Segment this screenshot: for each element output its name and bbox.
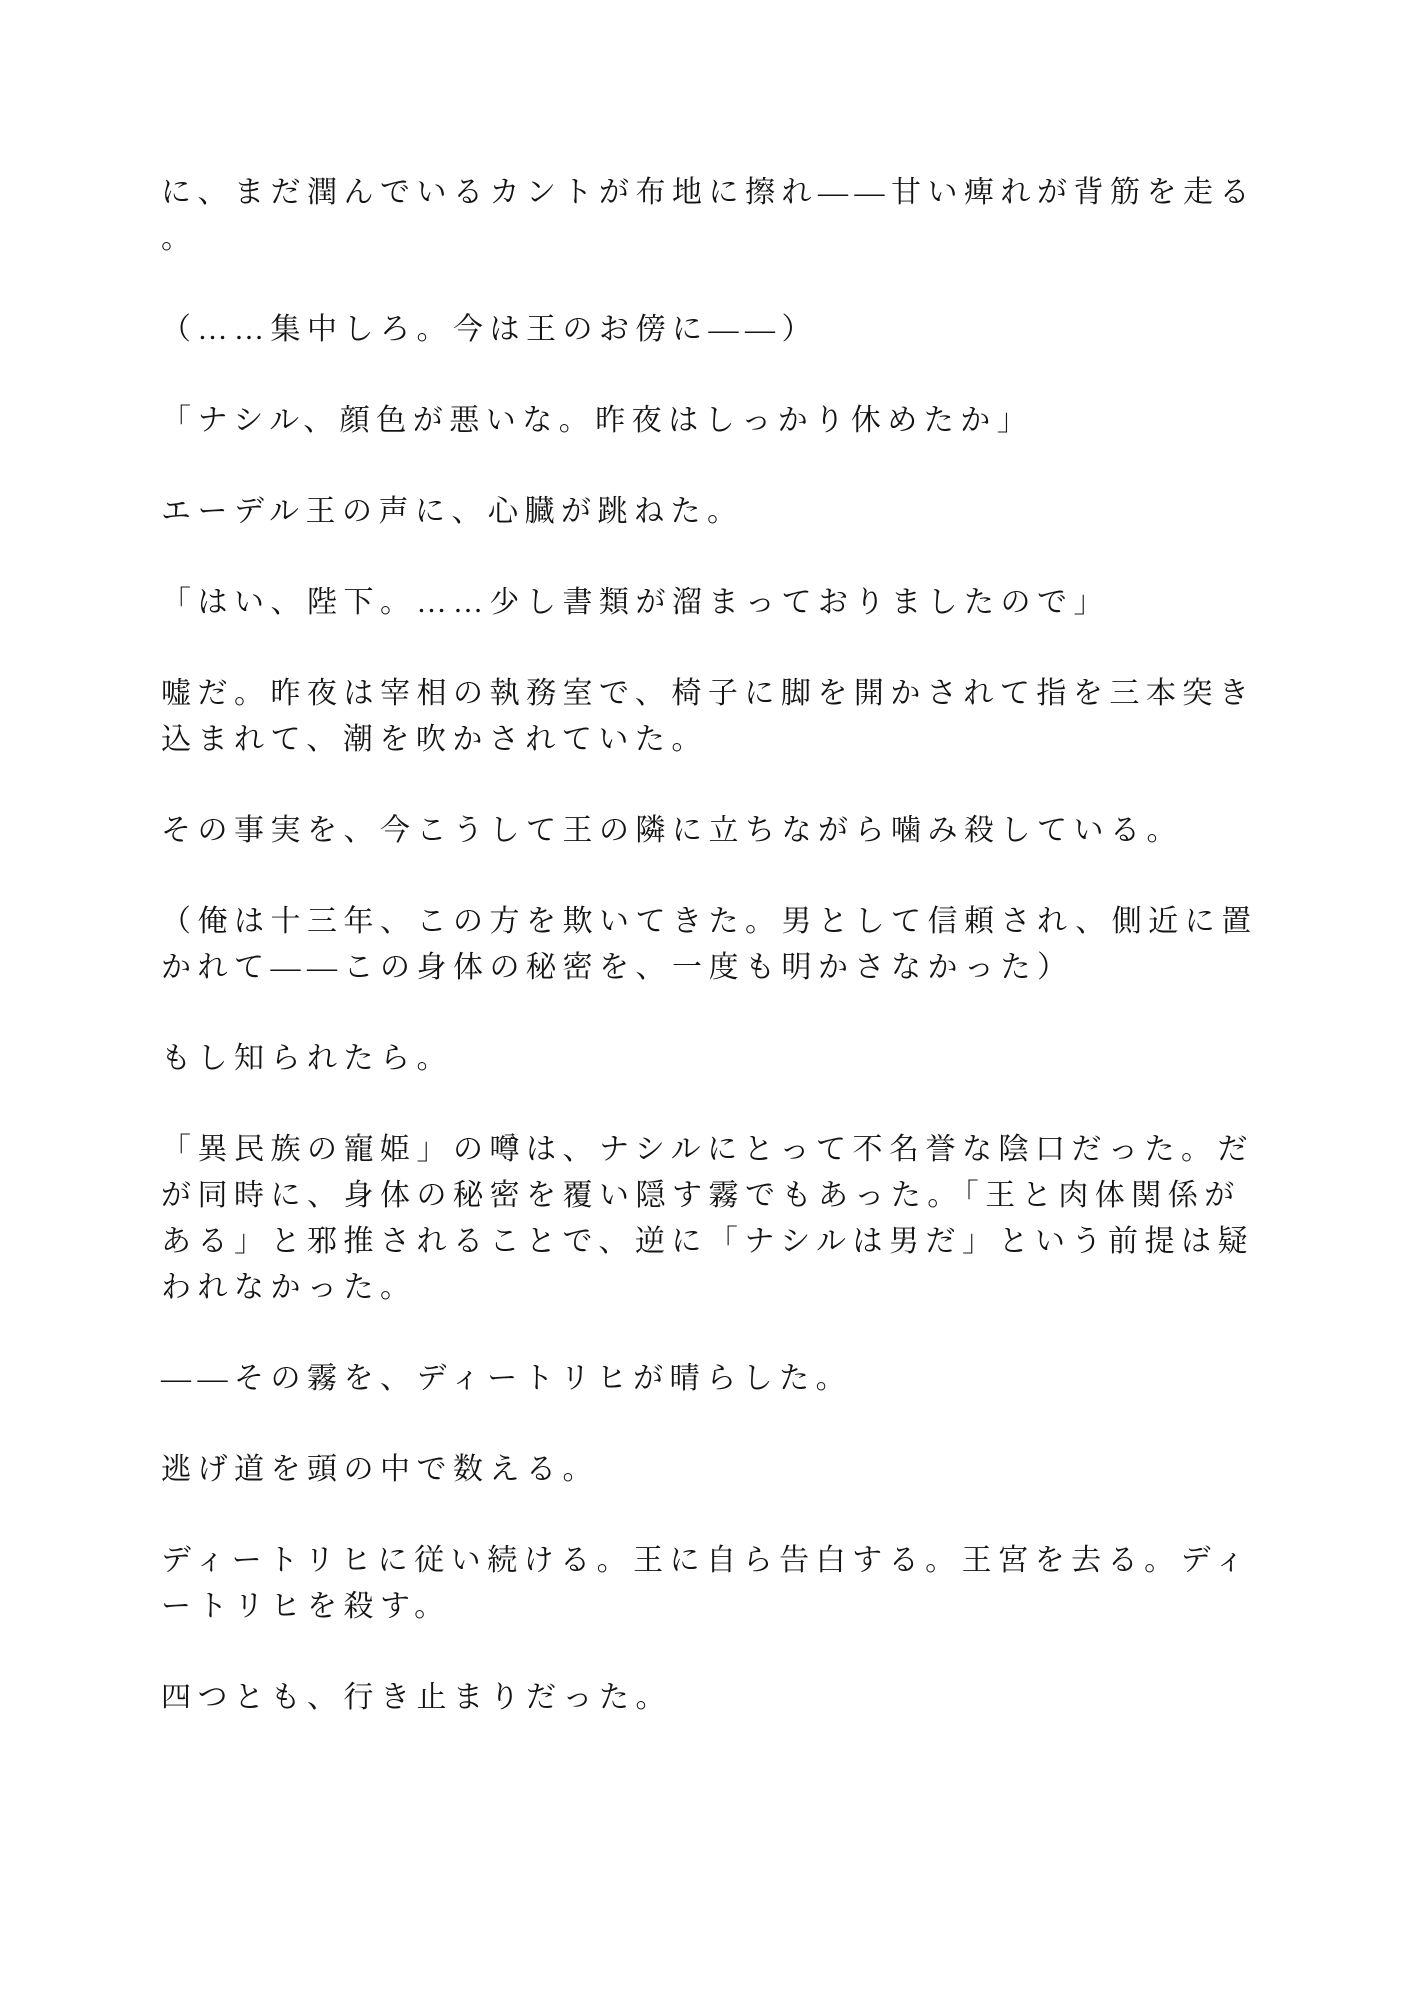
paragraph-dialogue: 「ナシル、顔色が悪いな。昨夜はしっかり休めたか」 [161,398,1275,444]
paragraph: もし知られたら。 [161,1036,1275,1082]
paragraph: に、まだ潤んでいるカントが布地に擦れ――甘い痺れが背筋を走る 。 [161,170,1275,262]
paragraph: 四つとも、行き止まりだった。 [161,1675,1275,1721]
paragraph-dialogue: 「はい、陛下。……少し書類が溜まっておりましたので」 [161,580,1275,626]
paragraph-inner-monologue: （俺は十三年、この方を欺いてきた。男として信頼され、側近に置 かれて――この身体… [161,899,1275,991]
paragraph: 嘘だ。昨夜は宰相の執務室で、椅子に脚を開かされて指を三本突き 込まれて、潮を吹か… [161,671,1275,763]
paragraph: エーデル王の声に、心臓が跳ねた。 [161,489,1275,535]
paragraph: ディートリヒに従い続ける。王に自ら告白する。王宮を去る。ディ ートリヒを殺す。 [161,1538,1275,1630]
novel-document-page: に、まだ潤んでいるカントが布地に擦れ――甘い痺れが背筋を走る 。 （……集中しろ… [0,0,1415,2000]
paragraph-inner-monologue: （……集中しろ。今は王のお傍に――） [161,307,1275,353]
paragraph: その事実を、今こうして王の隣に立ちながら噛み殺している。 [161,808,1275,854]
paragraph: 「異民族の寵姫」の噂は、ナシルにとって不名誉な陰口だった。だ が同時に、身体の秘… [161,1127,1275,1311]
paragraph: ――その霧を、ディートリヒが晴らした。 [161,1356,1275,1402]
paragraph: 逃げ道を頭の中で数える。 [161,1447,1275,1493]
